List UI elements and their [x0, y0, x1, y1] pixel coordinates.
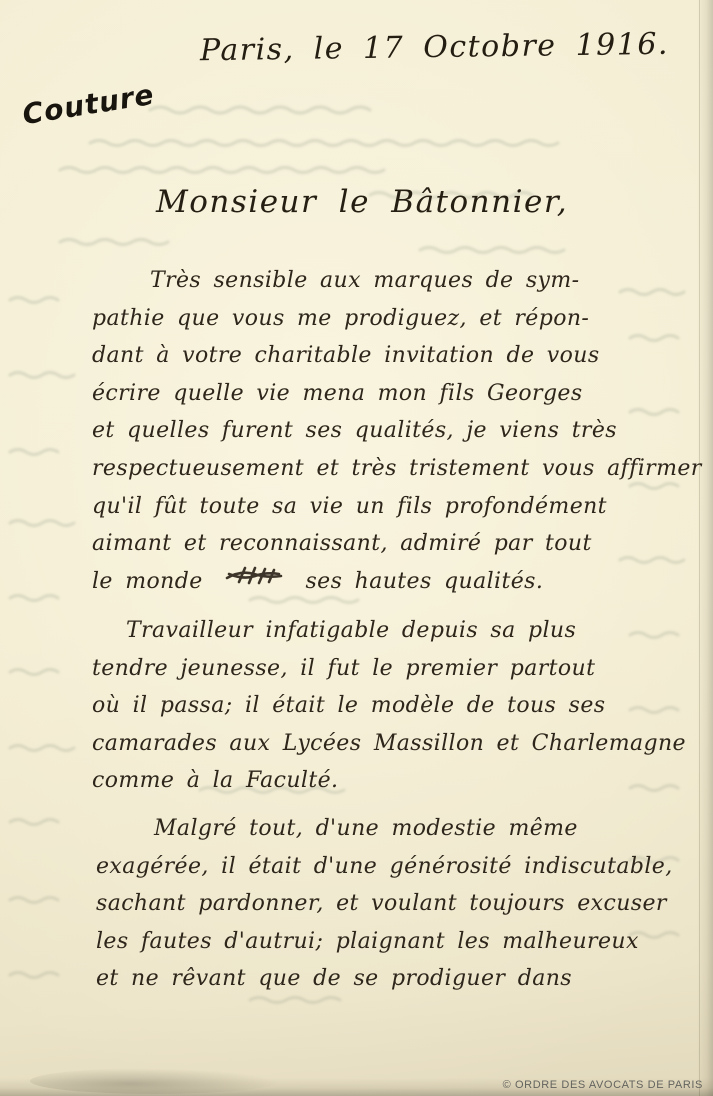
- letter-paragraph-3: Malgré tout, d'une modestie même exagéré…: [96, 810, 673, 998]
- scratched-out-word: [225, 561, 283, 599]
- letter-line: les fautes d'autrui; plaignant les malhe…: [96, 923, 673, 961]
- letter-salutation: Monsieur le Bâtonnier,: [156, 184, 568, 220]
- letter-dateline: Paris, le 17 Octobre 1916.: [200, 27, 669, 69]
- letter-line: sachant pardonner, et voulant toujours e…: [96, 885, 673, 923]
- letter-line: respectueusement et très tristement vous…: [92, 450, 702, 488]
- letter-page: Paris, le 17 Octobre 1916. Couture Monsi…: [0, 0, 713, 1096]
- letter-line: où il passa; il était le modèle de tous …: [92, 687, 686, 725]
- letter-line: Très sensible aux marques de sym-: [92, 262, 702, 300]
- copyright-watermark: © ORDRE DES AVOCATS DE PARIS: [503, 1079, 703, 1091]
- letter-line: pathie que vous me prodiguez, et répon-: [92, 300, 702, 338]
- ink-smudge: [30, 1068, 280, 1094]
- line-text-before-strike: le monde: [92, 569, 203, 594]
- letter-line-with-strikeout: le monde ses hautes qualités.: [92, 563, 702, 601]
- letter-line: dant à votre charitable invitation de vo…: [92, 337, 702, 375]
- letter-line: camarades aux Lycées Massillon et Charle…: [92, 725, 686, 763]
- letter-line: et quelles furent ses qualités, je viens…: [92, 412, 702, 450]
- letter-line: exagérée, il était d'une générosité indi…: [96, 848, 673, 886]
- letter-line: écrire quelle vie mena mon fils Georges: [92, 375, 702, 413]
- letter-line: Malgré tout, d'une modestie même: [96, 810, 673, 848]
- letter-line: tendre jeunesse, il fut le premier parto…: [92, 650, 686, 688]
- paper-right-crease: [699, 0, 700, 1096]
- letter-line: Travailleur infatigable depuis sa plus: [92, 612, 686, 650]
- letter-line: qu'il fût toute sa vie un fils profondém…: [92, 488, 702, 526]
- letter-line: comme à la Faculté.: [92, 762, 686, 800]
- line-text-after-strike: ses hautes qualités.: [305, 569, 543, 594]
- letter-paragraph-2: Travailleur infatigable depuis sa plus t…: [92, 612, 686, 800]
- letter-line: et ne rêvant que de se prodiguer dans: [96, 960, 673, 998]
- letter-line: aimant et reconnaissant, admiré par tout: [92, 525, 702, 563]
- letter-paragraph-1: Très sensible aux marques de sym- pathie…: [92, 262, 702, 600]
- margin-annotation-name: Couture: [20, 78, 156, 131]
